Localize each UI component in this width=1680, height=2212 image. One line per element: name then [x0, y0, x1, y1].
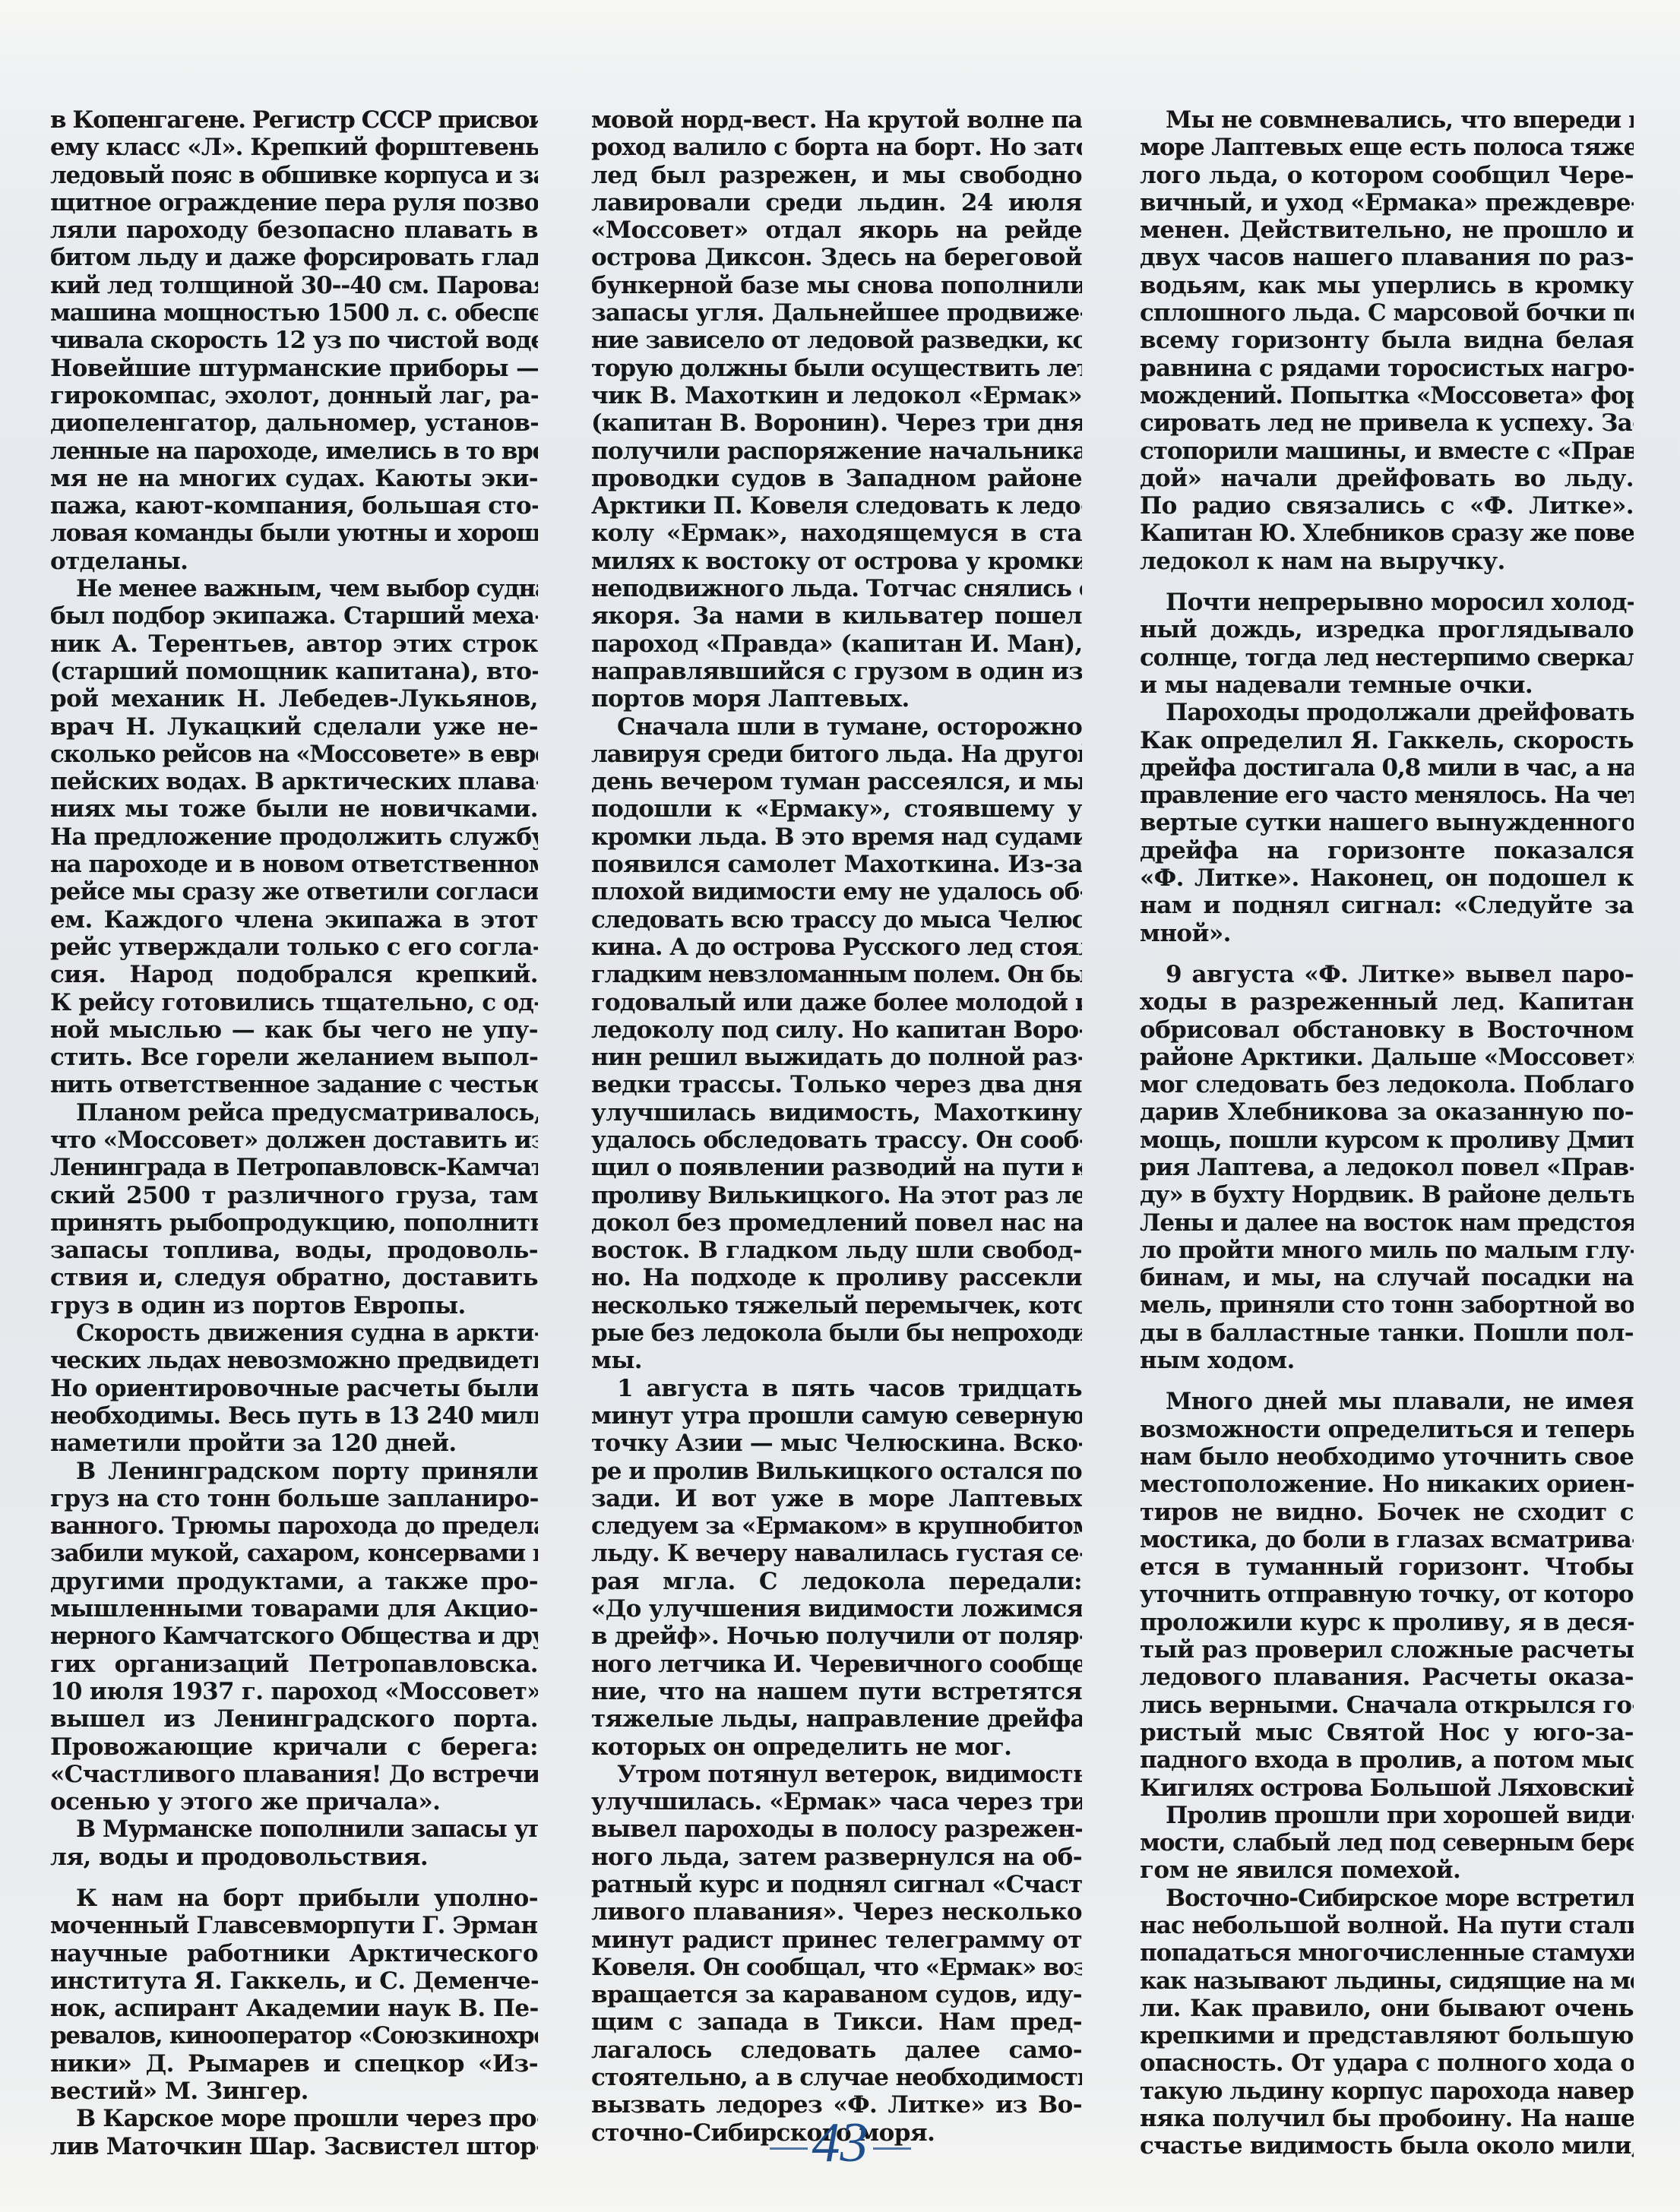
text-line: нерного Камчатского Общества и дру-: [50, 1623, 538, 1650]
text-line: минут утра прошли самую северную: [591, 1402, 1082, 1430]
text-line: Новейшие штурманские приборы —: [50, 355, 538, 382]
text-line: ного льда, затем развернулся на об-: [591, 1844, 1082, 1871]
text-line: наметили пройти за 120 дней.: [50, 1430, 538, 1457]
text-line: К нам на борт прибыли уполно-: [50, 1885, 538, 1912]
text-line: груз на сто тонн больше запланиро-: [50, 1485, 538, 1512]
text-line: колу «Ермак», находящемуся в ста: [591, 520, 1082, 547]
text-line: гом не явился помехой.: [1140, 1856, 1634, 1884]
text-line: чивала скорость 12 уз по чистой воде.: [50, 327, 538, 354]
text-line: дрейфа достигала 0,8 мили в час, а на-: [1140, 754, 1634, 782]
text-line: щитное ограждение пера руля позво-: [50, 189, 538, 216]
text-column-right: Мы не совмневались, что впереди вморе Ла…: [1140, 106, 1634, 2160]
text-line: дрейфа на горизонте показался: [1140, 837, 1634, 864]
text-line: лись верными. Сначала открылся го-: [1140, 1692, 1634, 1719]
text-line: Кигилях острова Большой Ляховский.: [1140, 1774, 1634, 1802]
text-line: кромки льда. В это время над судами: [591, 823, 1082, 851]
text-line: мощь, пошли курсом к проливу Дмит-: [1140, 1127, 1634, 1154]
text-line: рия Лаптева, а ледокол повел «Прав-: [1140, 1154, 1634, 1181]
page-number-text: 43: [812, 2112, 868, 2174]
text-line: бинам, и мы, на случай посадки на: [1140, 1264, 1634, 1291]
text-line: как называют льдины, сидящие на ме-: [1140, 1967, 1634, 1995]
paragraph: Много дней мы плавали, не имеявозможност…: [1140, 1388, 1634, 1801]
text-line: 9 августа «Ф. Литке» вывел паро-: [1140, 961, 1634, 988]
text-line: что «Моссовет» должен доставить из: [50, 1127, 538, 1154]
text-line: нам и поднял сигнал: «Следуйте за: [1140, 892, 1634, 919]
paragraph: Утром потянул ветерок, видимостьулучшила…: [591, 1761, 1082, 2147]
text-line: на пароходе и в новом ответственном: [50, 851, 538, 878]
text-line: пароход «Правда» (капитан И. Ман),: [591, 630, 1082, 658]
text-line: нок, аспирант Академии наук В. Пе-: [50, 1995, 538, 2022]
text-line: ре и пролив Вилькицкого остался по-: [591, 1458, 1082, 1485]
text-line: тый раз проверил сложные расчеты: [1140, 1636, 1634, 1664]
text-line: годовалый или даже более молодой и: [591, 989, 1082, 1016]
text-line: вывел пароходы в полосу разрежен-: [591, 1815, 1082, 1843]
text-line: По радио связались с «Ф. Литке».: [1140, 492, 1634, 520]
text-line: милях к востоку от острова у кромки: [591, 548, 1082, 575]
text-line: гладким невзломанным полем. Он был: [591, 961, 1082, 988]
paragraph: Сначала шли в тумане, осторожнолавируя с…: [591, 713, 1082, 1375]
text-line: попадаться многочисленные стамухи,: [1140, 1939, 1634, 1967]
text-line: роход валило с борта на борт. Но зато: [591, 134, 1082, 161]
text-line: дарив Хлебникова за оказанную по-: [1140, 1098, 1634, 1126]
text-line: машина мощностью 1500 л. с. обеспе-: [50, 299, 538, 327]
text-line: неподвижного льда. Тотчас снялись с: [591, 575, 1082, 602]
text-line: ник А. Терентьев, автор этих строк: [50, 630, 538, 658]
text-line: и мы надевали темные очки.: [1140, 671, 1634, 699]
paragraph: в Копенгагене. Регистр СССР присвоилему …: [50, 106, 538, 575]
text-line: следовать всю трассу до мыса Челюс-: [591, 906, 1082, 934]
text-line: в дрейф». Ночью получили от поляр-: [591, 1623, 1082, 1650]
text-line: ние, что на нашем пути встретятся: [591, 1678, 1082, 1705]
page-number-dash-right: [873, 2147, 911, 2150]
text-line: Пролив прошли при хорошей види-: [1140, 1802, 1634, 1829]
text-line: лавировали среди льдин. 24 июля: [591, 189, 1082, 216]
text-line: ду» в бухту Нордвик. В районе дельты: [1140, 1181, 1634, 1209]
text-line: ледокол к нам на выручку.: [1140, 548, 1634, 575]
paragraph: В Ленинградском порту принялигруз на сто…: [50, 1458, 538, 1816]
text-line: В Ленинградском порту приняли: [50, 1458, 538, 1485]
text-line: Утром потянул ветерок, видимость: [591, 1761, 1082, 1788]
paragraph: К нам на борт прибыли уполно-моченный Гл…: [50, 1885, 538, 2105]
text-line: нас небольшой волной. На пути стали: [1140, 1912, 1634, 1939]
text-line: уточнить отправную точку, от которой: [1140, 1581, 1634, 1608]
text-line: Лены и далее на восток нам предстоя-: [1140, 1209, 1634, 1237]
text-line: ристый мыс Святой Нос у юго-за-: [1140, 1719, 1634, 1746]
text-line: минут радист принес телеграмму от: [591, 1926, 1082, 1954]
text-line: дой» начали дрейфовать во льду.: [1140, 465, 1634, 492]
text-line: тяжелые льды, направление дрейфа: [591, 1705, 1082, 1733]
text-line: такую льдину корпус парохода навер-: [1140, 2078, 1634, 2105]
text-line: Сначала шли в тумане, осторожно: [591, 713, 1082, 741]
text-line: сировать лед не привела к успеху. За-: [1140, 409, 1634, 437]
paragraph: 1 августа в пять часов тридцатьминут утр…: [591, 1375, 1082, 1761]
text-line: Мы не совмневались, что впереди в: [1140, 106, 1634, 134]
text-line: обрисовал обстановку в Восточном: [1140, 1016, 1634, 1044]
text-line: мождений. Попытка «Моссовета» фор-: [1140, 382, 1634, 409]
text-line: осенью у этого же причала».: [50, 1788, 538, 1815]
text-line: ему класс «Л». Крепкий форштевень,: [50, 134, 538, 161]
text-line: рой механик Н. Лебедев-Лукьянов,: [50, 685, 538, 713]
text-line: плохой видимости ему не удалось об-: [591, 878, 1082, 905]
text-line: местоположение. Но никаких ориен-: [1140, 1471, 1634, 1498]
text-line: направлявшийся с грузом в один из: [591, 658, 1082, 685]
text-line: получили распоряжение начальника: [591, 438, 1082, 465]
text-line: гих организаций Петропавловска.: [50, 1651, 538, 1678]
text-line: Скорость движения судна в аркти-: [50, 1319, 538, 1347]
text-line: ниях мы тоже были не новичками.: [50, 795, 538, 823]
text-line: Ковеля. Он сообщал, что «Ермак» воз-: [591, 1954, 1082, 1981]
text-line: ледового плавания. Расчеты оказа-: [1140, 1664, 1634, 1691]
text-line: точку Азии — мыс Челюскина. Вско-: [591, 1430, 1082, 1457]
text-line: улучшилась видимость, Махоткину: [591, 1099, 1082, 1127]
text-line: Провожающие кричали с берега:: [50, 1733, 538, 1761]
text-line: «До улучшения видимости ложимся: [591, 1595, 1082, 1623]
text-line: рейсе мы сразу же ответили согласи-: [50, 878, 538, 905]
text-line: ется в туманный горизонт. Чтобы: [1140, 1553, 1634, 1581]
text-line: ходы в разреженный лед. Капитан: [1140, 988, 1634, 1016]
text-line: «Счастливого плавания! До встречи: [50, 1761, 538, 1788]
text-line: возможности определиться и теперь: [1140, 1416, 1634, 1443]
text-line: кий лед толщиной 30--40 см. Паровая: [50, 272, 538, 299]
text-line: пажа, кают-компания, большая сто-: [50, 492, 538, 520]
text-line: (старший помощник капитана), вто-: [50, 658, 538, 685]
text-line: день вечером туман рассеялся, и мы: [591, 768, 1082, 795]
text-line: «Ф. Литке». Наконец, он подошел к: [1140, 864, 1634, 892]
text-line: удалось обследовать трассу. Он сооб-: [591, 1127, 1082, 1154]
text-line: но. На подходе к проливу рассекли: [591, 1264, 1082, 1291]
text-line: проводки судов в Западном районе: [591, 465, 1082, 492]
text-line: острова Диксон. Здесь на береговой: [591, 244, 1082, 271]
text-line: вертые сутки нашего вынужденного: [1140, 809, 1634, 836]
text-line: запасы угля. Дальнейшее продвиже-: [591, 299, 1082, 327]
text-line: проложили курс к проливу, я в деся-: [1140, 1609, 1634, 1636]
text-line: нин решил выжидать до полной раз-: [591, 1044, 1082, 1071]
text-line: другими продуктами, а также про-: [50, 1568, 538, 1595]
text-line: Но ориентировочные расчеты были: [50, 1375, 538, 1402]
text-line: падного входа в пролив, а потом мыс: [1140, 1746, 1634, 1774]
page-number: 43: [0, 2115, 1680, 2171]
text-line: тиров не видно. Бочек не сходит с: [1140, 1499, 1634, 1526]
text-line: мной».: [1140, 920, 1634, 947]
text-line: мышленными товарами для Акцио-: [50, 1595, 538, 1623]
text-line: «Моссовет» отдал якорь на рейде: [591, 216, 1082, 244]
text-line: ный дождь, изредка проглядывало: [1140, 616, 1634, 643]
text-column-left: в Копенгагене. Регистр СССР присвоилему …: [50, 106, 538, 2160]
text-line: ляли пароходу безопасно плавать в: [50, 216, 538, 244]
text-line: крепкими и представляют большую: [1140, 2022, 1634, 2049]
text-line: стопорили машины, и вместе с «Прав-: [1140, 438, 1634, 465]
text-line: На предложение продолжить службу: [50, 823, 538, 851]
text-line: ного летчика И. Черевичного сообще-: [591, 1651, 1082, 1678]
text-line: несколько тяжелый перемычек, кото-: [591, 1292, 1082, 1319]
text-line: лого льда, о котором сообщил Чере-: [1140, 162, 1634, 189]
text-line: Капитан Ю. Хлебников сразу же повел: [1140, 520, 1634, 547]
text-line: врач Н. Лукацкий сделали уже не-: [50, 713, 538, 741]
text-line: Почти непрерывно моросил холод-: [1140, 589, 1634, 616]
text-line: ческих льдах невозможно предвидеть.: [50, 1347, 538, 1374]
paragraph: Планом рейса предусматривалось,что «Мосс…: [50, 1099, 538, 1319]
text-line: следуем за «Ермаком» в крупнобитом: [591, 1512, 1082, 1540]
paragraph: Почти непрерывно моросил холод-ный дождь…: [1140, 589, 1634, 699]
text-line: портов моря Лаптевых.: [591, 685, 1082, 713]
text-line: мель, приняли сто тонн забортной во-: [1140, 1291, 1634, 1319]
text-line: принять рыбопродукцию, пополнить: [50, 1209, 538, 1237]
text-line: вращается за караваном судов, иду-: [591, 1981, 1082, 2008]
text-line: ведки трассы. Только через два дня: [591, 1071, 1082, 1098]
paragraph: 9 августа «Ф. Литке» вывел паро-ходы в р…: [1140, 961, 1634, 1374]
paragraph: Скорость движения судна в аркти-ческих л…: [50, 1319, 538, 1457]
text-line: был подбор экипажа. Старший меха-: [50, 602, 538, 630]
text-line: правление его часто менялось. На чет-: [1140, 782, 1634, 809]
text-line: появился самолет Махоткина. Из-за: [591, 851, 1082, 878]
text-line: ленные на пароходе, имелись в то вре-: [50, 438, 538, 465]
text-line: докол без промедлений повел нас на: [591, 1209, 1082, 1237]
text-line: нить ответственное задание с честью.: [50, 1071, 538, 1098]
text-line: лед был разрежен, и мы свободно: [591, 162, 1082, 189]
paragraph: Мы не совмневались, что впереди вморе Ла…: [1140, 106, 1634, 575]
text-line: вышел из Ленинградского порта.: [50, 1705, 538, 1733]
text-line: мя не на многих судах. Каюты эки-: [50, 465, 538, 492]
text-line: отделаны.: [50, 548, 538, 575]
text-line: стить. Все горели желанием выпол-: [50, 1044, 538, 1071]
text-line: менен. Действительно, не прошло и: [1140, 216, 1634, 244]
text-line: ливого плавания». Через несколько: [591, 1898, 1082, 1926]
text-line: битом льду и даже форсировать глад-: [50, 244, 538, 271]
text-line: ратный курс и поднял сигнал «Счаст-: [591, 1871, 1082, 1898]
text-line: двух часов нашего плавания по раз-: [1140, 244, 1634, 271]
text-line: якоря. За нами в кильватер пошел: [591, 602, 1082, 630]
text-line: равнина с рядами торосистых нагро-: [1140, 355, 1634, 382]
text-line: кина. А до острова Русского лед стоял: [591, 934, 1082, 961]
text-line: забили мукой, сахаром, консервами и: [50, 1540, 538, 1567]
text-line: гирокомпас, эхолот, донный лаг, ра-: [50, 382, 538, 409]
text-line: Много дней мы плавали, не имея: [1140, 1388, 1634, 1415]
text-line: ловая команды были уютны и хорошо: [50, 520, 538, 547]
text-line: в Копенгагене. Регистр СССР присвоил: [50, 106, 538, 134]
text-line: мог следовать без ледокола. Поблаго-: [1140, 1071, 1634, 1098]
text-line: ем. Каждого члена экипажа в этот: [50, 906, 538, 934]
text-line: бункерной базе мы снова пополнили: [591, 272, 1082, 299]
text-line: щим с запада в Тикси. Нам пред-: [591, 2008, 1082, 2036]
text-line: рые без ледокола были бы непроходи-: [591, 1319, 1082, 1347]
text-line: стоятельно, а в случае необходимости: [591, 2064, 1082, 2091]
text-line: восток. В гладком льду шли свобод-: [591, 1237, 1082, 1264]
paragraph: В Мурманске пополнили запасы уг-ля, воды…: [50, 1815, 538, 1871]
text-line: ствия и, следуя обратно, доставить: [50, 1264, 538, 1291]
text-column-middle: мовой норд-вест. На крутой волне па-рохо…: [591, 106, 1082, 2147]
text-line: ло пройти много миль по малым глу-: [1140, 1237, 1634, 1264]
text-line: вестий» М. Зингер.: [50, 2078, 538, 2105]
text-line: лагалось следовать далее само-: [591, 2037, 1082, 2064]
text-line: улучшилась. «Ермак» часа через три: [591, 1788, 1082, 1815]
paragraph: мовой норд-вест. На крутой волне па-рохо…: [591, 106, 1082, 713]
magazine-page: в Копенгагене. Регистр СССР присвоилему …: [0, 0, 1680, 2212]
text-line: ды в балластные танки. Пошли пол-: [1140, 1319, 1634, 1347]
text-line: рая мгла. С ледокола передали:: [591, 1568, 1082, 1595]
text-line: рейс утверждали только с его согла-: [50, 934, 538, 961]
text-line: груз в один из портов Европы.: [50, 1292, 538, 1319]
text-line: ский 2500 т различного груза, там: [50, 1182, 538, 1209]
text-line: Арктики П. Ковеля следовать к ледо-: [591, 492, 1082, 520]
text-line: подошли к «Ермаку», стоявшему у: [591, 795, 1082, 823]
text-line: ной мыслью — как бы чего не упу-: [50, 1016, 538, 1044]
text-line: Пароходы продолжали дрейфовать.: [1140, 699, 1634, 726]
text-line: Как определил Я. Гаккель, скорость: [1140, 727, 1634, 754]
text-line: ревалов, кинооператор «Союзкинохро-: [50, 2022, 538, 2049]
page-number-dash-left: [770, 2147, 808, 2150]
text-line: Планом рейса предусматривалось,: [50, 1099, 538, 1127]
paragraph: Пролив прошли при хорошей види-мости, сл…: [1140, 1802, 1634, 1885]
text-line: пейских водах. В арктических плава-: [50, 768, 538, 795]
text-line: ледоколу под силу. Но капитан Воро-: [591, 1016, 1082, 1044]
text-line: ля, воды и продовольствия.: [50, 1844, 538, 1871]
text-line: водьям, как мы уперлись в кромку: [1140, 272, 1634, 299]
text-line: сия. Народ подобрался крепкий.: [50, 961, 538, 988]
text-line: ли. Как правило, они бывают очень: [1140, 1995, 1634, 2022]
text-line: щил о появлении разводий на пути к: [591, 1154, 1082, 1181]
text-line: мы.: [591, 1347, 1082, 1374]
text-line: научные работники Арктического: [50, 1940, 538, 1967]
text-line: диопеленгатор, дальномер, установ-: [50, 409, 538, 437]
text-line: нам было необходимо уточнить свое: [1140, 1443, 1634, 1471]
text-line: опасность. От удара с полного хода о: [1140, 2049, 1634, 2077]
text-line: (капитан В. Воронин). Через три дня: [591, 409, 1082, 437]
text-line: моченный Главсевморпути Г. Эрман,: [50, 1912, 538, 1939]
text-line: ние зависело от ледовой разведки, ко-: [591, 327, 1082, 354]
text-line: 1 августа в пять часов тридцать: [591, 1375, 1082, 1402]
text-line: которых он определить не мог.: [591, 1733, 1082, 1761]
text-line: чик В. Махоткин и ледокол «Ермак»: [591, 382, 1082, 409]
text-line: зади. И вот уже в море Лаптевых: [591, 1485, 1082, 1512]
text-line: запасы топлива, воды, продоволь-: [50, 1237, 538, 1264]
text-line: всему горизонту была видна белая: [1140, 327, 1634, 354]
text-line: льду. К вечеру навалилась густая се-: [591, 1540, 1082, 1567]
text-line: Не менее важным, чем выбор судна,: [50, 575, 538, 602]
text-line: ванного. Трюмы парохода до предела: [50, 1512, 538, 1540]
text-line: лавируя среди битого льда. На другой: [591, 741, 1082, 768]
text-line: Восточно-Сибирское море встретило: [1140, 1885, 1634, 1912]
text-line: мости, слабый лед под северным бере-: [1140, 1829, 1634, 1856]
text-line: вичный, и уход «Ермака» преждевре-: [1140, 189, 1634, 216]
text-line: ледовый пояс в обшивке корпуса и за-: [50, 162, 538, 189]
text-line: районе Арктики. Дальше «Моссовет»: [1140, 1044, 1634, 1071]
text-line: К рейсу готовились тщательно, с од-: [50, 989, 538, 1016]
text-line: ным ходом.: [1140, 1347, 1634, 1374]
text-line: торую должны были осуществить лет-: [591, 355, 1082, 382]
text-line: Ленинграда в Петропавловск-Камчат-: [50, 1154, 538, 1181]
text-line: института Я. Гаккель, и С. Деменче-: [50, 1967, 538, 1995]
text-line: В Мурманске пополнили запасы уг-: [50, 1815, 538, 1843]
paragraph: Пароходы продолжали дрейфовать.Как опред…: [1140, 699, 1634, 947]
text-line: необходимы. Весь путь в 13 240 миль: [50, 1402, 538, 1430]
text-line: солнце, тогда лед нестерпимо сверкал,: [1140, 644, 1634, 671]
text-line: проливу Вилькицкого. На этот раз ле-: [591, 1182, 1082, 1209]
text-line: море Лаптевых еще есть полоса тяже-: [1140, 134, 1634, 161]
text-line: 10 июля 1937 г. пароход «Моссовет»: [50, 1678, 538, 1705]
text-line: ники» Д. Рымарев и спецкор «Из-: [50, 2050, 538, 2078]
text-line: сплошного льда. С марсовой бочки по: [1140, 299, 1634, 327]
text-line: сколько рейсов на «Моссовете» в евро-: [50, 741, 538, 768]
paragraph: Не менее важным, чем выбор судна,был под…: [50, 575, 538, 1099]
text-line: мовой норд-вест. На крутой волне па-: [591, 106, 1082, 134]
text-line: мостика, до боли в глазах всматрива-: [1140, 1526, 1634, 1553]
